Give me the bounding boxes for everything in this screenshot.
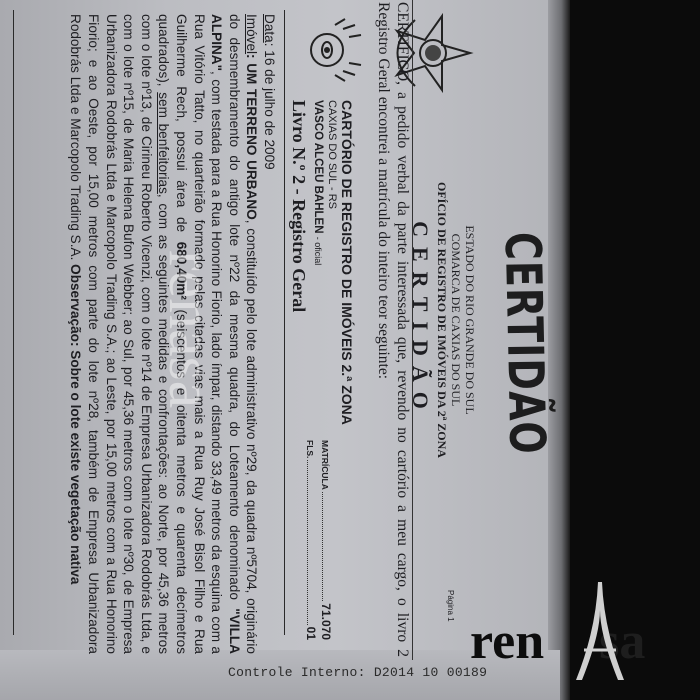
internal-control-code: Controle Interno: D2014 10 00189 [228, 665, 487, 680]
book-title: Livro N.º 2 - Registro Geral [288, 100, 310, 460]
record-date: Data: 16 de julho de 2009 [260, 14, 278, 654]
record-box: Data: 16 de julho de 2009 Imóvel: UM TER… [13, 10, 285, 635]
registry-seal-icon [295, 15, 365, 85]
eiffel-tower-icon [570, 580, 630, 690]
fls-value: 01 [304, 627, 318, 640]
state-line: ESTADO DO RIO GRANDE DO SUL [463, 160, 477, 480]
matricula-value: 71.070 [319, 603, 333, 640]
matricula-row: MATRÍCULA 71.070 [318, 440, 333, 640]
registry-officer: VASCO ALCEU BAHLEN - oficial [310, 100, 325, 460]
registry-office-block: CARTÓRIO DE REGISTRO DE IMÓVEIS 2.ª ZONA… [288, 100, 355, 460]
certidao-stamp: CERTIDÃO [494, 232, 556, 455]
header-divider [412, 0, 413, 660]
matricula-label: MATRÍCULA [318, 440, 332, 490]
fls-label: FLS. [303, 440, 317, 458]
office-line: OFÍCIO DE REGISTRO DE IMÓVEIS DA 2ª ZONA [435, 160, 449, 480]
page-label: Página 1 [446, 590, 455, 622]
fls-row: FLS. 01 [303, 440, 318, 640]
registry-city: CAXIAS DO SUL - RS [325, 100, 339, 460]
certificate-sheet: CERTIDÃO ESTADO DO RIO GRANDE DO SUL COM… [0, 0, 555, 660]
matricula-block: MATRÍCULA 71.070 FLS. 01 [303, 440, 333, 640]
watermark-text: renasa [154, 250, 225, 408]
registry-name: CARTÓRIO DE REGISTRO DE IMÓVEIS 2.ª ZONA [339, 100, 355, 460]
comarca-line: COMARCA DE CAXIAS DO SUL [449, 160, 463, 480]
certify-paragraph: CERTIFICO, a pedido verbal da parte inte… [374, 2, 412, 657]
renasa-logo: rensa [470, 612, 645, 672]
issuer-header: ESTADO DO RIO GRANDE DO SUL COMARCA DE C… [407, 160, 477, 480]
